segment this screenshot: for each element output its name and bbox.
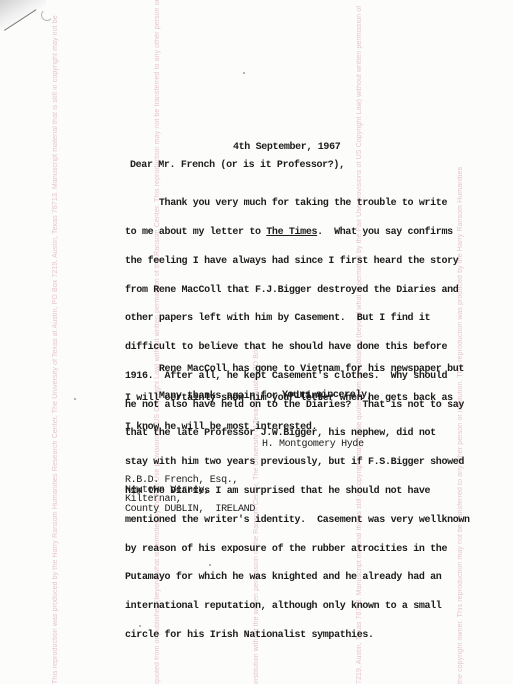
- text-line: stay with him two years previously, but …: [125, 458, 470, 468]
- text-line: by reason of his exposure of the rubber …: [125, 545, 470, 555]
- text-line: from Rene MacColl that F.J.Bigger destro…: [125, 286, 470, 296]
- scanned-letter-page: This reproduction was produced by the Ha…: [0, 0, 513, 684]
- scan-speck: [74, 398, 76, 400]
- folded-corner: [0, 0, 46, 30]
- text-line: Putamayo for which he was knighted and h…: [125, 573, 470, 583]
- newspaper-title: The Times: [266, 227, 317, 238]
- text-line: other papers left with him by Casement. …: [125, 314, 470, 324]
- text-fragment: to me about my letter to: [125, 227, 266, 238]
- letter-date: 4th September, 1967: [233, 143, 340, 153]
- text-line: circle for his Irish Nationalist sympath…: [125, 631, 470, 641]
- signature: H. Montgomery Hyde: [262, 440, 364, 450]
- text-line: mentioned the writer's identity. Casemen…: [125, 516, 470, 526]
- watermark-strip-1: This reproduction was produced by the Ha…: [52, 0, 64, 684]
- address-line: County DUBLIN, IRELAND: [125, 505, 255, 515]
- text-fragment: . What you say confirms: [317, 227, 453, 238]
- text-line: to me about my letter to The Times. What…: [125, 228, 470, 238]
- scan-speck: [243, 72, 245, 74]
- salutation: Dear Mr. French (or is it Professor?),: [130, 161, 345, 171]
- text-line: international reputation, although only …: [125, 602, 470, 612]
- text-line: Thank you very much for taking the troub…: [125, 199, 470, 209]
- text-line: the feeling I have always had since I fi…: [125, 257, 470, 267]
- recipient-address: R.B.D. French, Esq., Newtown Verney, Kil…: [125, 476, 255, 514]
- closing: Yours sincerely,: [282, 391, 372, 401]
- text-line: I know he will be most interested.: [125, 423, 464, 433]
- watermark-text: This reproduction was produced by the Ha…: [52, 15, 59, 684]
